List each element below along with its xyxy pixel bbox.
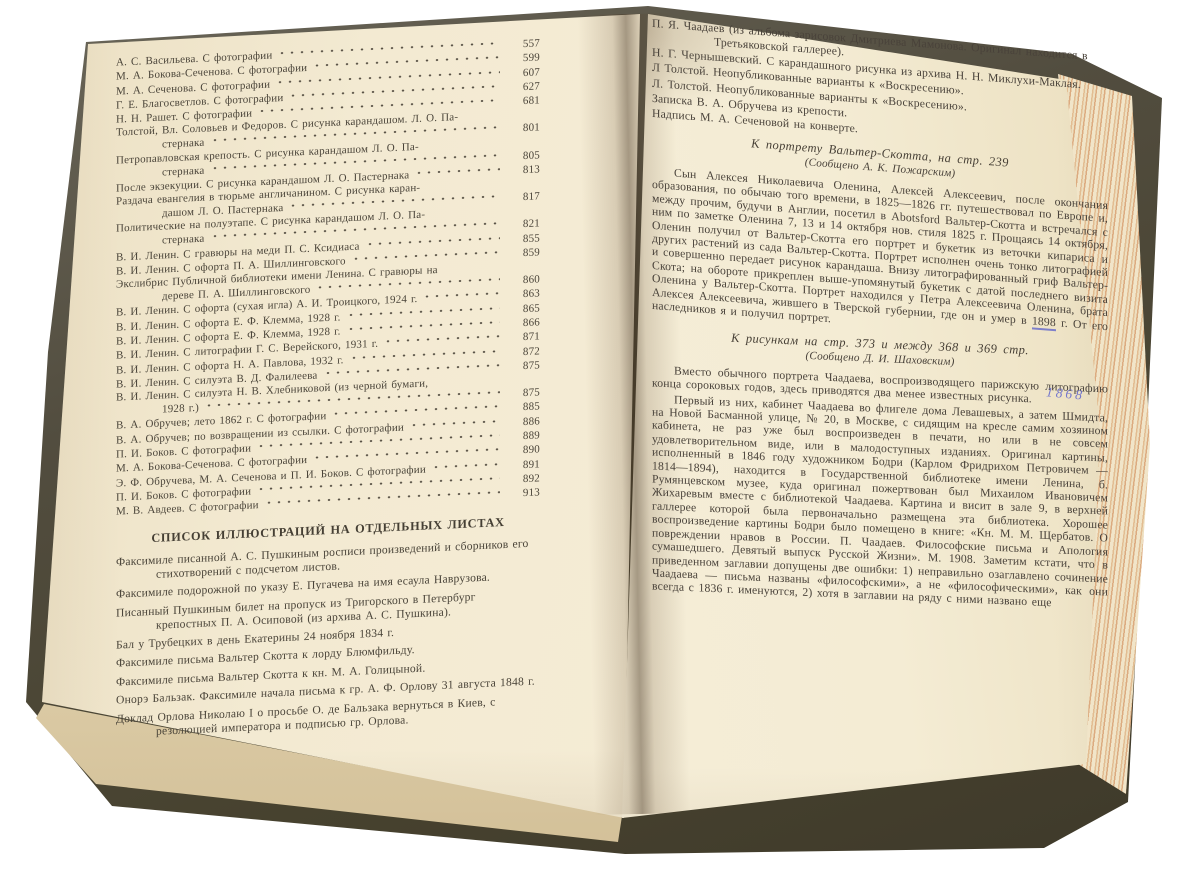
illustrations-toc-list: А. С. Васильева. С фотографии 557 М. А. … [116,36,540,518]
toc-entry-page-number: 801 [506,122,540,136]
toc-entry-page-number: 817 [506,190,540,204]
right-page-content: П. Я. Чаадаев (из альбома зарисовок Дмит… [652,34,1108,605]
toc-entry-page-number: 872 [506,345,540,359]
right-page-upper-block: П. Я. Чаадаев (из альбома зарисовок Дмит… [652,17,1108,347]
toc-entry-page-number: 865 [506,302,540,316]
toc-entry-page-number: 913 [506,487,540,501]
toc-entry-label: 1928 г.) [162,402,199,417]
separate-plates-list: Факсимиле писанной А. С. Пушкиным роспис… [116,536,540,740]
toc-leader-dots [431,459,500,472]
walter-scott-paragraph-text: Сын Алексея Николаевича Оленина, Алексей… [652,166,1108,327]
toc-entry-page-number: 599 [506,52,540,66]
underlined-year-1898: 1898 [1032,314,1056,331]
toc-entry-page-number: 885 [506,401,540,415]
toc-entry-page-number: 821 [506,218,540,232]
toc-entry-page-number: 891 [506,458,540,472]
toc-entry-page-number: 871 [506,331,540,345]
chaadaev-paragraph-2: Первый из них, кабинет Чаадаева во флиге… [652,392,1108,612]
handwritten-margin-note: 1868 [1045,384,1085,403]
toc-entry-page-number: 813 [506,163,540,177]
toc-entry-page-number: 855 [506,232,540,246]
toc-entry-page-number: 557 [506,37,540,51]
toc-entry-page-number: 607 [506,66,540,80]
toc-entry-page-number: 889 [506,429,540,443]
toc-entry-page-number: 860 [506,273,540,287]
toc-entry-page-number: 866 [506,316,540,330]
toc-entry-page-number: 805 [506,149,540,163]
toc-entry-page-number: 892 [506,472,540,486]
walter-scott-paragraph: Сын Алексея Николаевича Оленина, Алексей… [652,165,1108,347]
book-photo: А. С. Васильева. С фотографии 557 М. А. … [0,0,1200,872]
toc-entry-page-number: 627 [506,80,540,94]
toc-entry-page-number: 890 [506,444,540,458]
toc-entry-page-number: 875 [506,386,540,400]
toc-leader-dots [422,289,500,303]
toc-entry-page-number: 681 [506,95,540,109]
left-page-content: А. С. Васильева. С фотографии 557 М. А. … [116,36,540,744]
toc-entry-page-number: 863 [506,288,540,302]
right-page-lower-block: К рисункам на стр. 373 и между 368 и 369… [652,329,1108,613]
toc-entry-page-number: 859 [506,246,540,260]
toc-entry-page-number: 886 [506,415,540,429]
toc-entry-page-number: 875 [506,359,540,373]
